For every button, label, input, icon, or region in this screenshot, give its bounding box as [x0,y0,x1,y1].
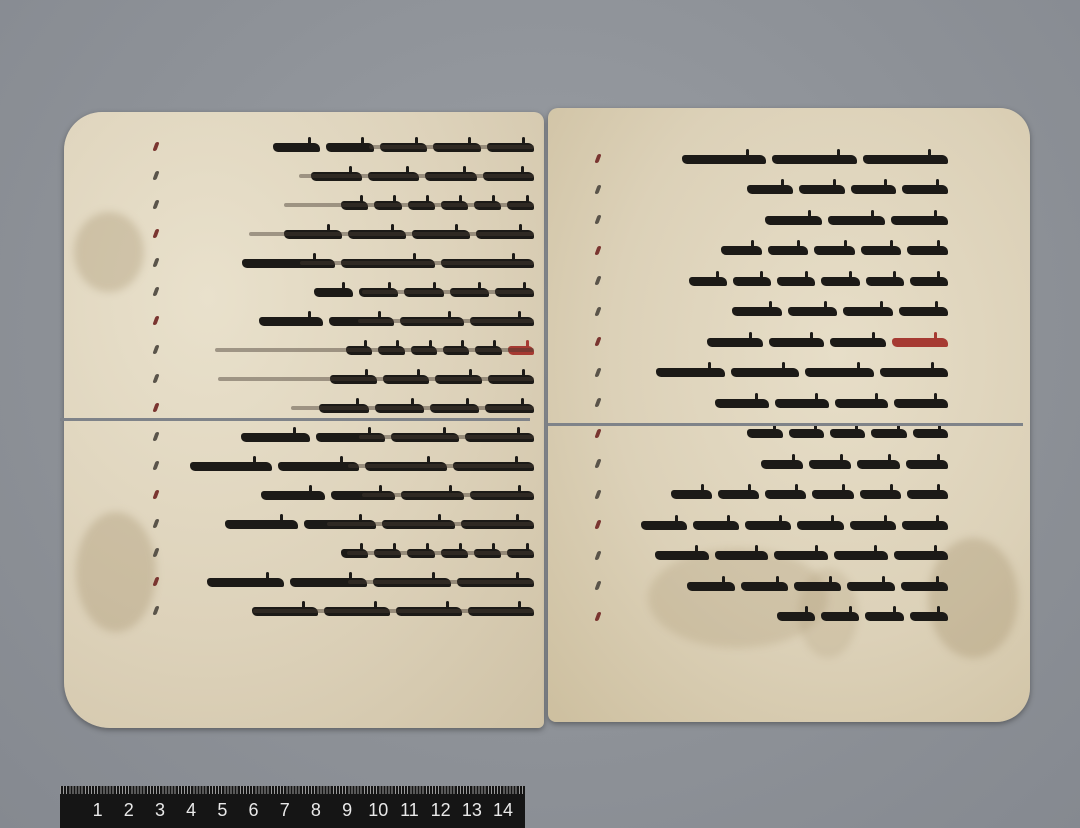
script-word [747,429,782,438]
margin-mark [152,345,159,354]
script-word [693,521,739,530]
script-word [769,338,825,347]
margin-mark [152,403,159,412]
script-word [190,462,271,471]
script-word [902,185,948,194]
ruler-label: 6 [238,800,269,821]
script-word [789,429,824,438]
script-word [741,582,788,591]
fold-tear [60,418,530,421]
script-word [906,460,948,469]
ruler-label: 9 [332,800,363,821]
script-word [707,338,763,347]
text-line [693,335,948,349]
script-word [907,246,948,255]
margin-mark [594,612,601,621]
margin-mark [152,490,159,499]
margin-mark [594,520,601,529]
script-word [718,490,759,499]
ruler-label: 14 [487,800,518,821]
ruler-label: 13 [456,800,487,821]
script-word [902,521,948,530]
interlinear-gloss [291,406,534,410]
interlinear-gloss [218,377,534,381]
interlinear-gloss [347,551,534,555]
script-word [273,143,320,152]
script-word [259,317,323,326]
script-word [788,307,837,316]
script-word [797,521,843,530]
margin-mark [152,432,159,441]
margin-mark [152,258,159,267]
margin-mark [594,276,601,285]
script-word [861,246,902,255]
script-word [834,551,888,560]
script-word [894,399,948,408]
script-word [863,155,948,164]
script-word [715,551,769,560]
script-word [326,143,373,152]
script-word [768,246,809,255]
script-word [850,521,896,530]
interlinear-gloss [300,261,534,265]
script-word [671,490,712,499]
text-line [753,213,948,227]
ruler-label: 4 [176,800,207,821]
script-word [865,612,903,621]
ruler-ticks [60,786,525,794]
text-line [733,183,948,197]
ruler-label: 5 [207,800,238,821]
script-word [910,277,948,286]
script-word [777,277,815,286]
interlinear-gloss [253,609,534,613]
script-word [799,185,845,194]
text-line [670,274,948,288]
margin-mark [152,171,159,180]
script-word [847,582,894,591]
script-word [835,399,889,408]
interlinear-gloss [215,348,534,352]
script-word [761,460,803,469]
interlinear-gloss [362,493,534,497]
script-word [899,307,948,316]
ruler-label: 7 [269,800,300,821]
margin-mark [594,398,601,407]
script-word [901,582,948,591]
margin-mark [152,374,159,383]
script-word [851,185,897,194]
margin-mark [152,606,159,615]
interlinear-gloss [284,203,534,207]
margin-mark [594,185,601,194]
water-stain [76,512,156,632]
script-word [641,521,687,530]
interlinear-gloss [299,174,534,178]
ruler-label: 8 [300,800,331,821]
script-word [731,368,800,377]
margin-mark [594,307,601,316]
script-word [656,368,725,377]
script-word [261,491,325,500]
script-word [821,277,859,286]
script-word [894,551,948,560]
interlinear-gloss [358,319,534,323]
margin-mark [594,246,601,255]
script-word [814,246,855,255]
margin-mark [152,316,159,325]
interlinear-gloss [327,522,534,526]
script-word [745,521,791,530]
text-line [623,518,948,532]
text-line [705,244,948,258]
margin-mark [152,287,159,296]
script-word [812,490,853,499]
script-word [830,429,865,438]
script-word [871,429,906,438]
script-word [207,578,284,587]
ruler-label: 3 [144,800,175,821]
margin-mark [594,337,601,346]
margin-mark [152,142,159,151]
text-line [639,549,948,563]
ruler-label: 2 [113,800,144,821]
script-word [891,216,948,225]
margin-mark [152,461,159,470]
script-word [828,216,885,225]
script-word [689,277,727,286]
script-word [774,551,828,560]
left-text-block [154,126,534,646]
script-word [747,185,793,194]
interlinear-gloss [348,464,534,468]
text-line [642,366,948,380]
script-word [721,246,762,255]
script-word [910,612,948,621]
text-line [670,152,948,166]
script-word [821,612,859,621]
script-word [860,490,901,499]
script-word [655,551,709,560]
right-text-block [588,138,948,638]
water-stain [74,212,144,292]
ruler-label: 11 [394,800,425,821]
script-word [733,277,771,286]
text-line [747,457,948,471]
script-word [805,368,874,377]
right-folio [548,108,1030,722]
script-word [765,490,806,499]
script-word [794,582,841,591]
script-word [225,520,298,529]
margin-mark [152,200,159,209]
script-word [715,399,769,408]
script-word [880,368,949,377]
script-word [772,155,857,164]
fold-tear [548,423,1023,426]
interlinear-gloss [362,290,534,294]
script-word [892,338,948,347]
text-line [718,305,948,319]
script-word [241,433,310,442]
margin-mark [594,459,601,468]
interlinear-gloss [348,580,534,584]
margin-mark [594,368,601,377]
script-word [687,582,734,591]
margin-mark [594,551,601,560]
script-word [843,307,892,316]
script-word [765,216,822,225]
text-line [671,579,948,593]
ruler-label: 12 [425,800,456,821]
script-word [857,460,899,469]
margin-mark [594,490,601,499]
script-word [777,612,815,621]
script-word [682,155,767,164]
script-word [913,429,948,438]
scale-ruler: 1234567891011121314 [60,786,525,828]
margin-mark [594,581,601,590]
text-line [763,610,948,624]
margin-mark [594,154,601,163]
ruler-label: 10 [363,800,394,821]
ruler-label: 1 [82,800,113,821]
script-word [809,460,851,469]
margin-mark [594,429,601,438]
text-line [653,488,948,502]
script-word [278,462,359,471]
script-word [732,307,781,316]
script-word [314,288,353,297]
margin-mark [152,577,159,586]
margin-mark [152,519,159,528]
interlinear-gloss [249,232,534,236]
margin-mark [152,229,159,238]
margin-mark [594,215,601,224]
margin-mark [152,548,159,557]
script-word [830,338,886,347]
text-line [731,427,948,441]
interlinear-gloss [369,145,534,149]
script-word [907,490,948,499]
script-word [775,399,829,408]
script-word [866,277,904,286]
interlinear-gloss [359,435,534,439]
text-line [701,396,948,410]
